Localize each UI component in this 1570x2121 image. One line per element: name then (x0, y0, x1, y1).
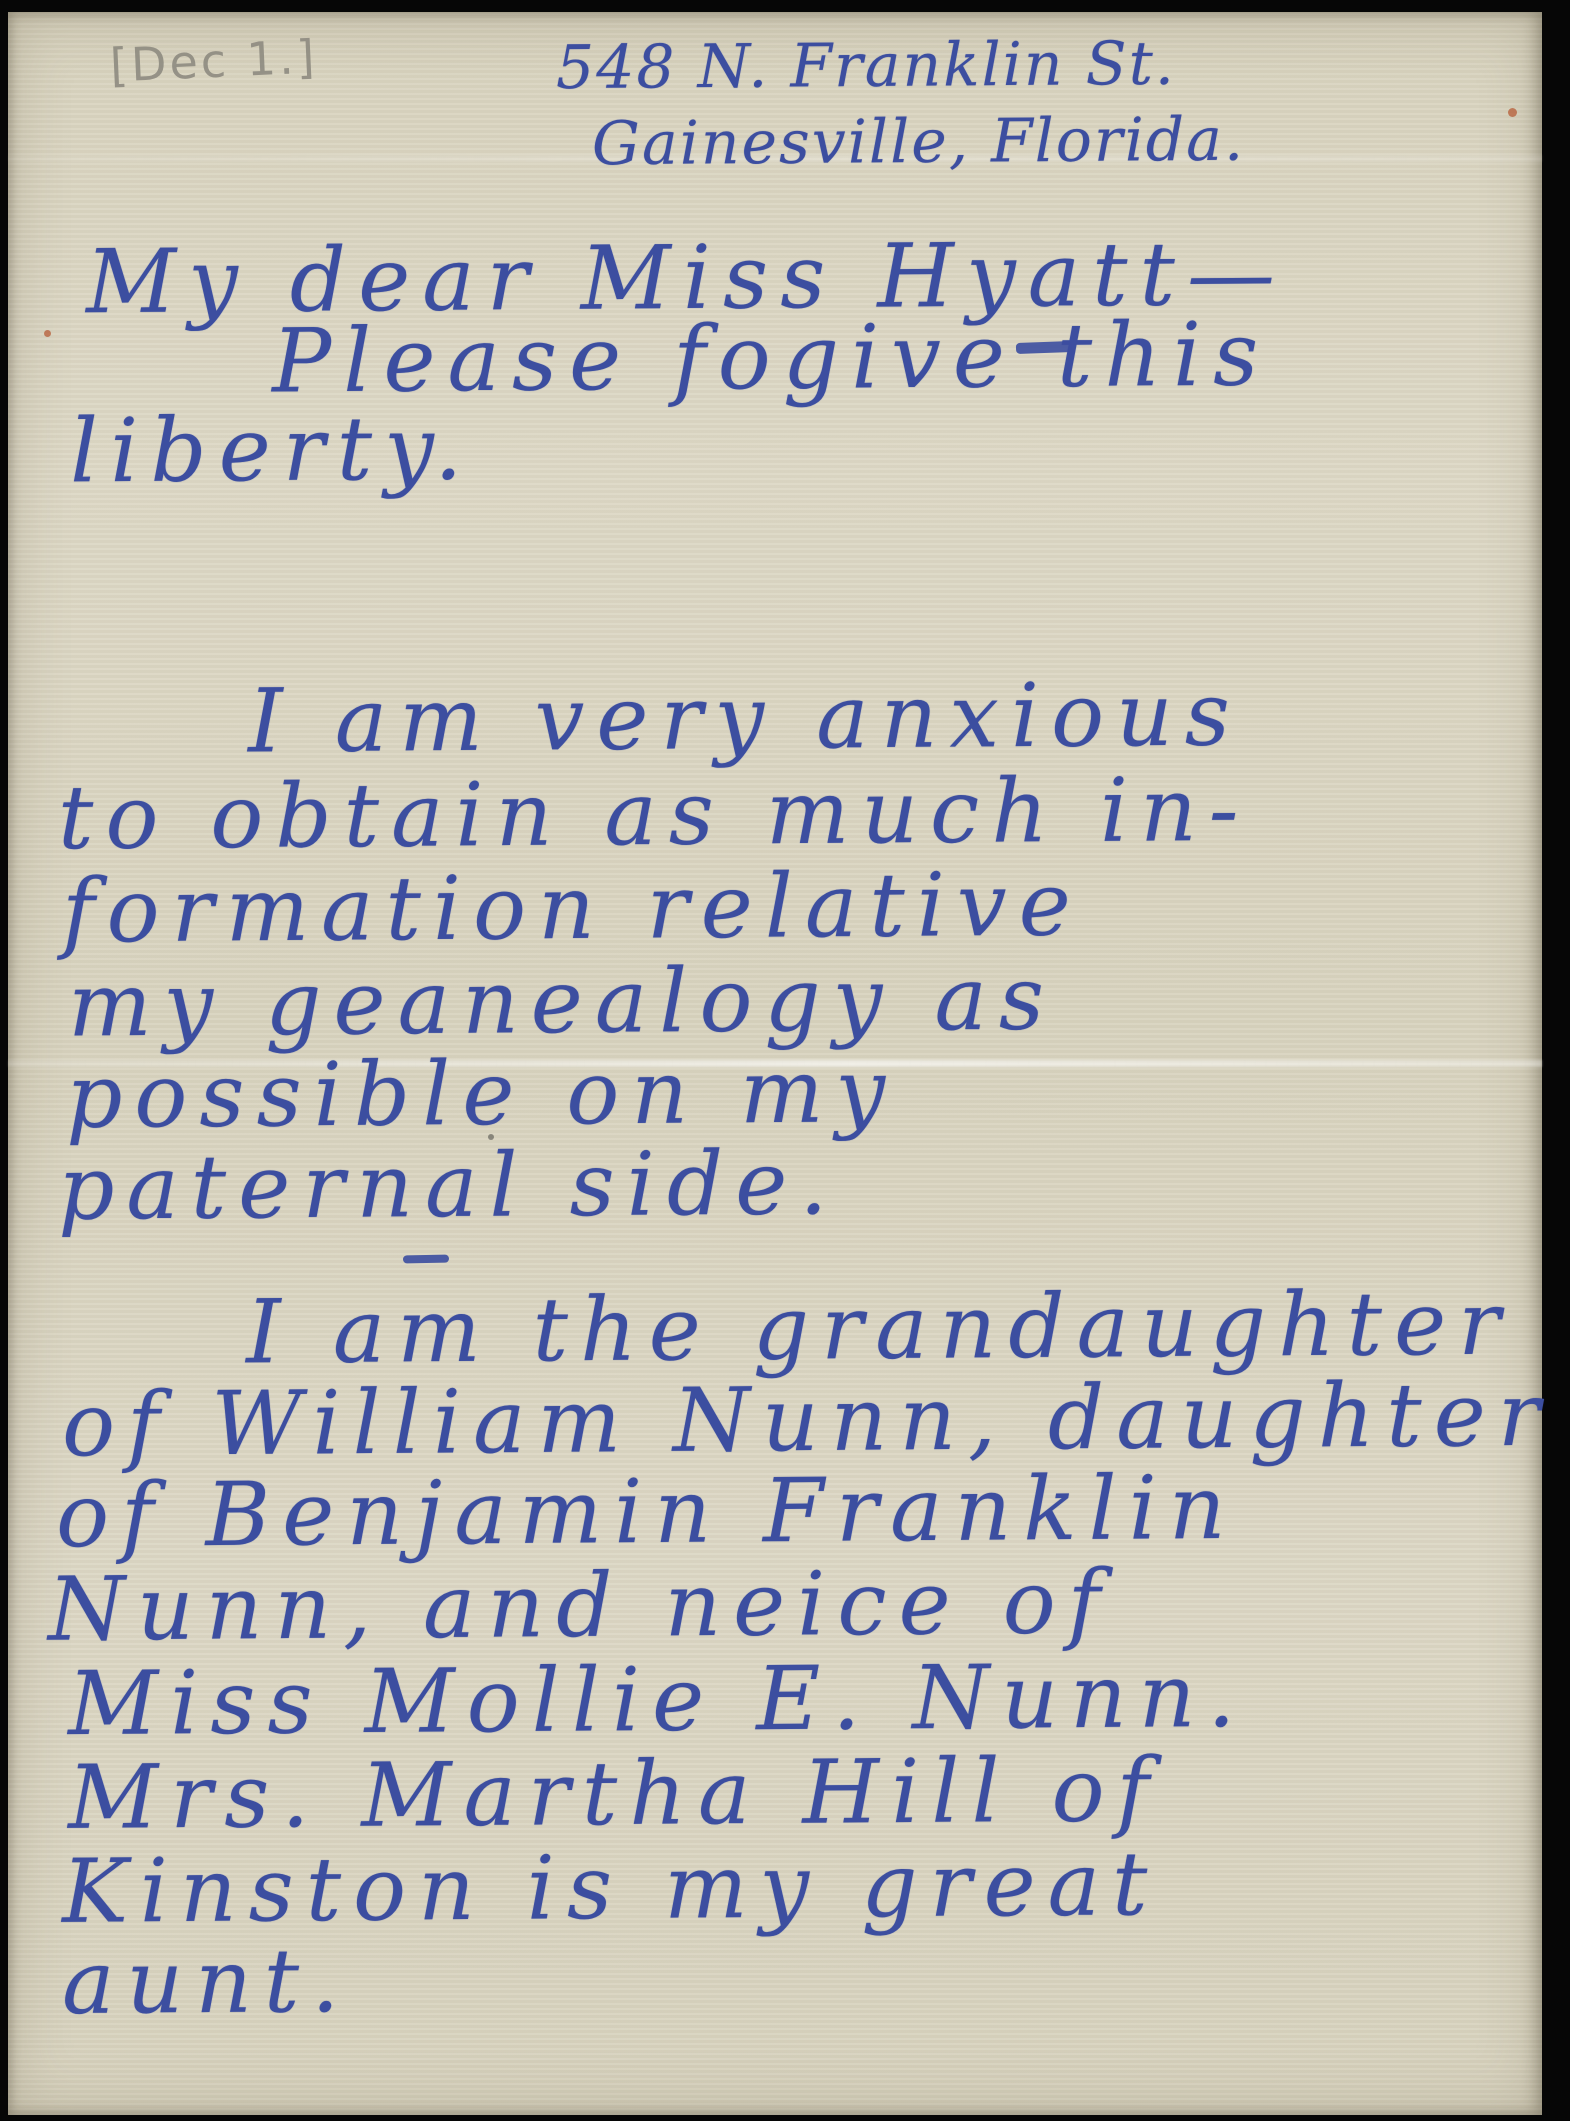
pencil-date-annotation: [Dec 1.] (109, 30, 319, 93)
letter-line-11: of Benjamin Franklin (56, 1464, 1238, 1560)
paper-speck (1508, 108, 1517, 117)
address-line-2: Gainesville, Florida. (592, 110, 1245, 175)
stray-ink-mark (1016, 341, 1072, 354)
address-line-1: 548 N. Franklin St. (556, 34, 1176, 98)
letter-line-7: possible on my (66, 1047, 898, 1141)
letter-line-4: to obtain as much in- (58, 766, 1251, 862)
stray-ink-mark (403, 1255, 449, 1264)
letter-line-14: Mrs. Martha Hill of (68, 1746, 1162, 1842)
letter-line-6: my geanealogy as (68, 955, 1057, 1050)
letter-line-2: liberty. (70, 405, 475, 496)
letter-line-9: I am the grandaughter (246, 1280, 1513, 1377)
letter-line-1: Please fogive this (272, 311, 1271, 406)
letter-line-3: I am very anxious (248, 671, 1242, 766)
letter-line-13: Miss Mollie E. Nunn. (68, 1652, 1248, 1748)
letter-line-15: Kinston is my great (62, 1840, 1160, 1936)
letter-line-16: aunt. (62, 1937, 352, 2027)
letter-line-10: of William Nunn, daughter (62, 1371, 1552, 1469)
paper-speck (44, 330, 51, 337)
letter-line-12: Nunn, and neice of (48, 1558, 1113, 1653)
letter-line-5: formation relative (62, 860, 1083, 955)
letter-paper: [Dec 1.] 548 N. Franklin St. Gainesville… (8, 12, 1542, 2115)
letter-line-8: paternal side. (58, 1139, 840, 1232)
